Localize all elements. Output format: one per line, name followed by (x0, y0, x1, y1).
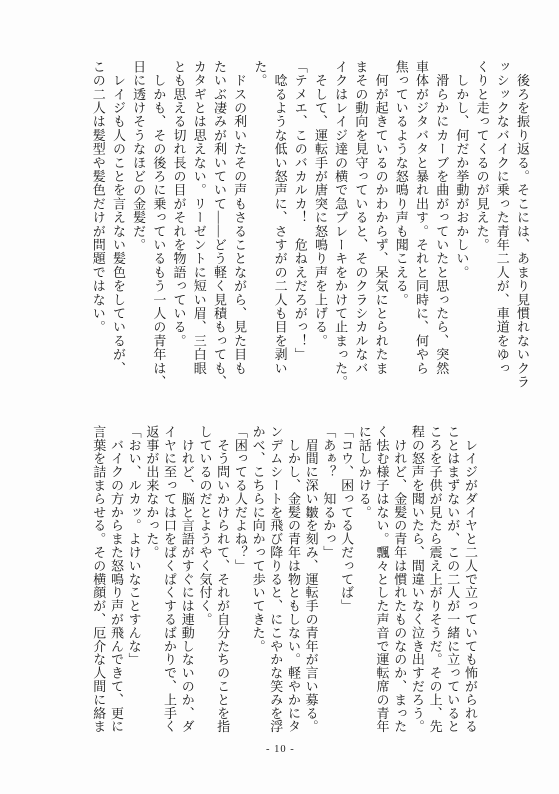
text-column: くりと走ってくるのが見えた。 (471, 60, 491, 394)
text-column: カタギとは思えない。リーゼントに短い眉、三白眼 (189, 60, 209, 394)
text-column: ッシックなバイクに乗った青年二人が、車道をゆっ (492, 60, 512, 394)
text-column: 「困ってる人だよね？」 (231, 425, 249, 737)
text-column: 日に透けそうなほどの金髪だ。 (128, 60, 148, 394)
text-column: 何が起きているのかわからず、呆気にとられたま (370, 60, 390, 394)
text-column: く怯む様子はない。飄々とした声音で運転席の青年 (373, 425, 391, 737)
page-number: - 10 - (266, 744, 295, 755)
text-column: 後ろを振り返る。そこには、あまり見慣れないクラ (512, 60, 532, 394)
text-block-top: 後ろを振り返る。そこには、あまり見慣れないクラッシックなバイクに乗った青年二人が… (88, 60, 532, 394)
text-column: 滑らかにカーブを曲がっていたと思ったら、突然 (431, 60, 451, 394)
text-column: ころを子供が見たら震え上がりそうだ。その上、先 (426, 425, 444, 737)
text-column: た。 (249, 60, 269, 394)
text-column: レイジがダイヤと二人で立っていても怖がられる (461, 425, 479, 737)
text-column: 焦っているような怒鳴り声も聞こえる。 (391, 60, 411, 394)
text-column: 「コウ、困ってる人だってば」 (337, 425, 355, 737)
text-column: 眉間に深い皺を刻み、運転手の青年が言い募る。 (302, 425, 320, 737)
text-column: ことはまずないが、この二人が一緒に立っていると (444, 425, 462, 737)
text-column: そして、運転手が唐突に怒鳴り声を上げる。 (310, 60, 330, 394)
text-column: バイクの方からまた怒鳴り声が飛んできて、更に (107, 425, 125, 737)
text-column: この二人は髪型や髪色だけが問題ではない。 (88, 60, 108, 394)
text-column: けれど、脳と言語がすぐには連動しないのか、ダ (178, 425, 196, 737)
text-column: 返事が出来なかった。 (143, 425, 161, 737)
text-column: 「あぁ？ 知るかっ」 (320, 425, 338, 737)
text-column: に話しかける。 (355, 425, 373, 737)
text-column: レイジも人のことを言えない髪色をしているが、 (108, 60, 128, 394)
text-column: 車体がジタバタと暴れ出す。それと同時に、何やら (411, 60, 431, 394)
text-column: 程の怒声を聞いたら、間違いなく泣き出すだろう。 (408, 425, 426, 737)
text-column: イヤに至っては口をぱくぱくするばかりで、上手く (160, 425, 178, 737)
text-column: イクはレイジ達の横で急ブレーキをかけて止まった。 (330, 60, 350, 394)
text-column: 「おい、ルカッ。よけいなことすんな」 (125, 425, 143, 737)
text-column: かべ、こちらに向かって歩いてきた。 (249, 425, 267, 737)
text-column: そう問いかけられて、それが自分たちのことを指 (213, 425, 231, 737)
text-column: しかも、その後ろに乗っているもう一人の青年は、 (148, 60, 168, 394)
text-column: 唸るような低い怒声に、さすがの二人も目を剥い (269, 60, 289, 394)
text-column: 「テメエ、このバカルカ！ 危ねえだろがっ！」 (290, 60, 310, 394)
text-column: たいぶ凄みが利いていて――どう軽く見積もっても、 (209, 60, 229, 394)
novel-page: 後ろを振り返る。そこには、あまり見慣れないクラッシックなバイクに乗った青年二人が… (0, 0, 559, 794)
text-column: 言葉を詰まらせる。その横顔が、厄介な人間に絡ま (90, 425, 108, 737)
text-column: まその動向を見守っていると、そのクラシカルなバ (350, 60, 370, 394)
text-column: けれど、金髪の青年は慣れたものなのか、まった (390, 425, 408, 737)
text-column: しかし、何だか挙動がおかしい。 (451, 60, 471, 394)
text-column: しかし、金髪の青年は物ともしない。軽やかにタ (284, 425, 302, 737)
text-block-bottom: レイジがダイヤと二人で立っていても怖がられることはまずないが、この二人が一緒に立… (90, 425, 479, 737)
text-column: とも思える切れ長の目がそれを物語っている。 (168, 60, 188, 394)
text-column: しているのだとようやく気付く。 (196, 425, 214, 737)
text-column: ンデムシートを飛び降りると、にこやかな笑みを浮 (267, 425, 285, 737)
text-column: ドスの利いたその声もさることながら、見た目も (229, 60, 249, 394)
